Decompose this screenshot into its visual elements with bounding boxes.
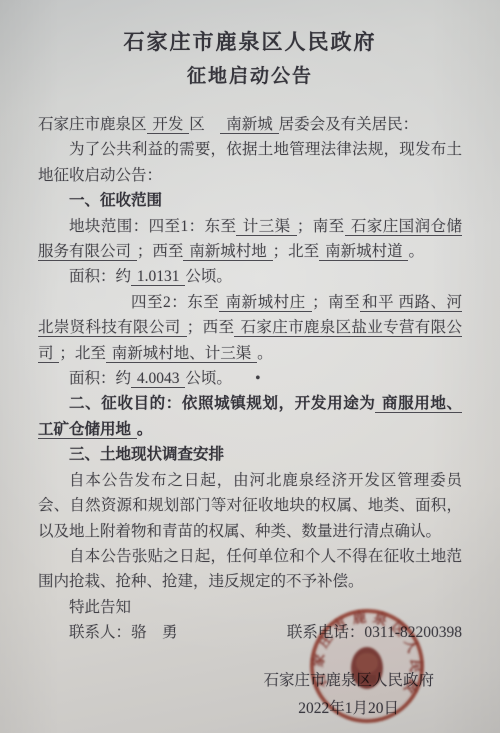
filled-blank: 1.0131 [131, 268, 185, 286]
text-run: 居委会及有关居民： [279, 116, 419, 133]
text-run: 石家庄市鹿泉区 [38, 116, 147, 133]
text-run: • [224, 370, 260, 387]
document-body: 石家庄市鹿泉区 开发 区 南新城 居委会及有关居民：为了公共利益的需要，依据土地… [38, 112, 462, 620]
text-run: 三、土地现状调查安排 [69, 446, 224, 463]
filled-blank: 南新城村地、计三渠 [106, 345, 257, 363]
text-run: ；北至 [273, 243, 320, 260]
page-subtitle: 征地启动公告 [38, 61, 462, 88]
doc-line: 一、征收范围 [38, 188, 462, 213]
contact-person: 联系人：骆 勇 [69, 620, 178, 645]
text-run: 区 [189, 116, 205, 133]
contact-row: 联系人：骆 勇 联系电话：0311-82200398 [38, 620, 462, 645]
doc-line: 面积：约 4.0043 公顷。 • [38, 366, 462, 391]
text-run: ；南至 [297, 218, 345, 235]
doc-line: 石家庄市鹿泉区 开发 区 南新城 居委会及有关居民： [38, 112, 462, 137]
filled-blank: 计三渠 [236, 218, 296, 236]
signature-block: 石家庄市鹿泉区人民政府 2022年1月20日 [38, 667, 462, 723]
announcement-page: 石家庄市鹿泉区人民政府 征地启动公告 石家庄市鹿泉区 开发 区 南新城 居委会及… [0, 0, 500, 733]
doc-line: 面积：约 1.0131 公顷。 [38, 264, 462, 289]
text-run: 公顷。 [185, 268, 232, 285]
text-run: ；西至 [187, 319, 235, 336]
text-run: 。 [137, 421, 153, 438]
text-run: 为了公共利益的需要，依据土地管理法律法规，现发布土地征收启动公告： [38, 141, 462, 183]
doc-line: 为了公共利益的需要，依据土地管理法律法规，现发布土地征收启动公告： [38, 137, 462, 188]
doc-line: 四至2：东至 南新城村庄 ；南至和平 西路、河北崇贤科技有限公司 ；西至 石家庄… [38, 290, 462, 366]
text-run: 。 [408, 243, 424, 260]
doc-line: 自本公告张贴之日起，任何单位和个人不得在征收土地范围内抢栽、抢种、抢建，违反规定… [38, 544, 462, 595]
doc-line: 特此告知 [38, 595, 462, 620]
text-run [205, 116, 221, 133]
contact-person-name: 骆 勇 [131, 624, 178, 641]
text-run: 面积：约 [69, 268, 131, 285]
filled-blank: 南新城村道 [319, 243, 408, 261]
filled-blank: 南新城村庄 [219, 294, 312, 312]
text-run: ；西至 [137, 243, 184, 260]
text-run: 自本公告发布之日起，由河北鹿泉经济开发区管理委员会、自然资源和规划部门等对征收地… [38, 472, 462, 540]
text-run: 地块范围：四至1：东至 [69, 218, 236, 235]
text-run: 。 [257, 345, 273, 362]
text-run: 特此告知 [69, 599, 131, 616]
issue-date: 2022年1月20日 [38, 695, 399, 723]
text-run: ；北至 [59, 345, 106, 362]
text-run: 自本公告张贴之日起，任何单位和个人不得在征收土地范围内抢栽、抢种、抢建，违反规定… [38, 548, 462, 590]
contact-person-label: 联系人： [69, 624, 131, 641]
contact-phone: 联系电话：0311-82200398 [287, 620, 462, 645]
filled-blank: 南新城村地 [183, 243, 272, 261]
doc-line: 自本公告发布之日起，由河北鹿泉经济开发区管理委员会、自然资源和规划部门等对征收地… [38, 468, 462, 544]
filled-blank: 开发 [147, 116, 190, 134]
contact-phone-number: 0311-82200398 [364, 624, 462, 641]
doc-line: 地块范围：四至1：东至 计三渠 ；南至 石家庄国润仓储服务有限公司 ；西至 南新… [38, 214, 462, 265]
doc-line: 三、土地现状调查安排 [38, 442, 462, 467]
text-run: 二、征收目的：依照城镇规划，开发用途为 [69, 395, 375, 412]
contact-phone-label: 联系电话： [287, 624, 365, 641]
text-run: ；南至 [312, 294, 360, 311]
text-run: 一、征收范围 [69, 192, 162, 209]
document-photo: 石家庄市鹿泉区人民政府 征地启动公告 石家庄市鹿泉区 开发 区 南新城 居委会及… [0, 0, 500, 733]
doc-line: 二、征收目的：依照城镇规划，开发用途为 商服用地、工矿仓储用地 。 [38, 391, 462, 442]
filled-blank: 4.0043 [131, 370, 185, 388]
text-run: 公顷。 [185, 370, 224, 387]
issuing-authority: 石家庄市鹿泉区人民政府 [38, 667, 434, 695]
page-title: 石家庄市鹿泉区人民政府 [38, 26, 462, 56]
text-run: 面积：约 [69, 370, 131, 387]
text-run: 四至2：东至 [131, 294, 219, 311]
filled-blank: 南新城 [220, 116, 278, 134]
